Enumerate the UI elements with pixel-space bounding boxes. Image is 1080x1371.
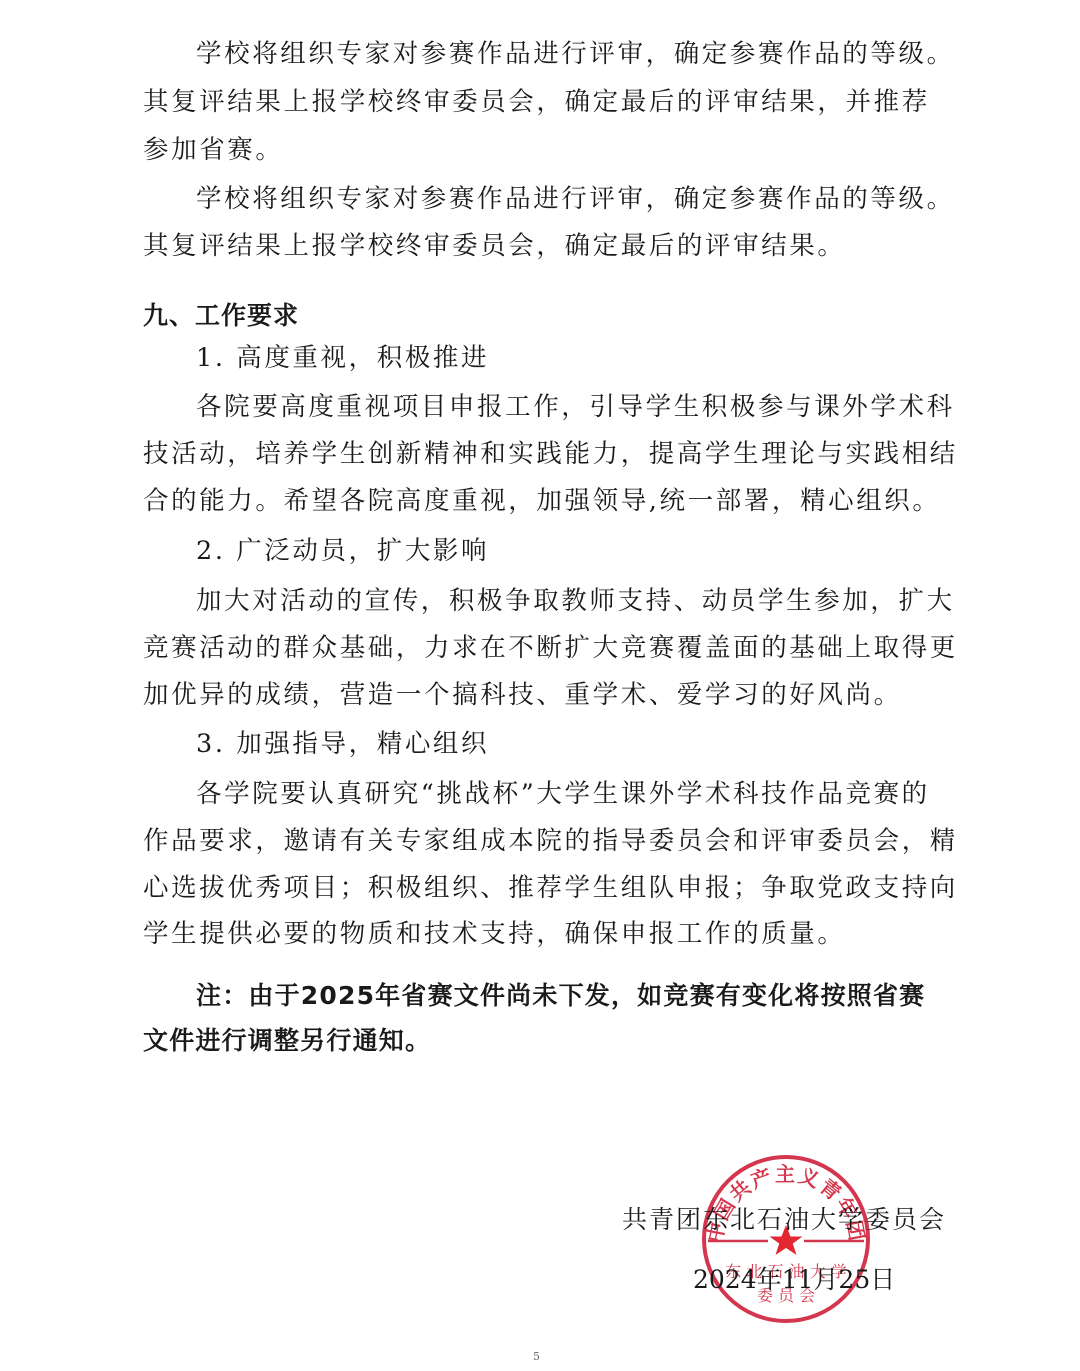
paragraph-line: 学校将组织专家对参赛作品进行评审，确定参赛作品的等级。 bbox=[196, 38, 996, 70]
subsection-title: 1. 高度重视，积极推进 bbox=[196, 342, 996, 374]
paragraph-line: 其复评结果上报学校终审委员会，确定最后的评审结果。 bbox=[143, 230, 943, 262]
paragraph-line: 各院要高度重视项目申报工作，引导学生积极参与课外学术科 bbox=[196, 391, 996, 423]
note-line: 文件进行调整另行通知。 bbox=[143, 1025, 943, 1057]
paragraph-line: 心选拔优秀项目；积极组织、推荐学生组队申报；争取党政支持向 bbox=[143, 872, 943, 904]
paragraph-line: 学生提供必要的物质和技术支持，确保申报工作的质量。 bbox=[143, 918, 943, 950]
paragraph-line: 其复评结果上报学校终审委员会，确定最后的评审结果，并推荐 bbox=[143, 86, 943, 118]
document-page: 学校将组织专家对参赛作品进行评审，确定参赛作品的等级。 其复评结果上报学校终审委… bbox=[0, 0, 1080, 1371]
paragraph-line: 各学院要认真研究“挑战杯”大学生课外学术科技作品竞赛的 bbox=[196, 778, 996, 810]
official-seal-icon: 中国共产主义青年团 东 北 石 油 大 学 委 员 会 bbox=[700, 1153, 872, 1325]
page-number: 5 bbox=[533, 1350, 540, 1363]
note-line: 注：由于2025年省赛文件尚未下发，如竞赛有变化将按照省赛 bbox=[196, 980, 996, 1012]
paragraph-line: 加大对活动的宣传，积极争取教师支持、动员学生参加，扩大 bbox=[196, 585, 996, 617]
paragraph-line: 竞赛活动的群众基础，力求在不断扩大竞赛覆盖面的基础上取得更 bbox=[143, 632, 943, 664]
signature-organization: 共青团东北石油大学委员会 bbox=[622, 1204, 946, 1236]
paragraph-line: 技活动，培养学生创新精神和实践能力，提高学生理论与实践相结 bbox=[143, 438, 943, 470]
section-heading: 九、工作要求 bbox=[143, 300, 943, 332]
paragraph-line: 作品要求，邀请有关专家组成本院的指导委员会和评审委员会，精 bbox=[143, 825, 943, 857]
paragraph-line: 合的能力。希望各院高度重视，加强领导,统一部署，精心组织。 bbox=[143, 485, 943, 517]
paragraph-line: 参加省赛。 bbox=[143, 134, 943, 166]
signature-date: 2024年11月25日 bbox=[693, 1264, 895, 1296]
paragraph-line: 加优异的成绩，营造一个搞科技、重学术、爱学习的好风尚。 bbox=[143, 679, 943, 711]
subsection-title: 3. 加强指导，精心组织 bbox=[196, 728, 996, 760]
paragraph-line: 学校将组织专家对参赛作品进行评审，确定参赛作品的等级。 bbox=[196, 183, 996, 215]
subsection-title: 2. 广泛动员，扩大影响 bbox=[196, 535, 996, 567]
